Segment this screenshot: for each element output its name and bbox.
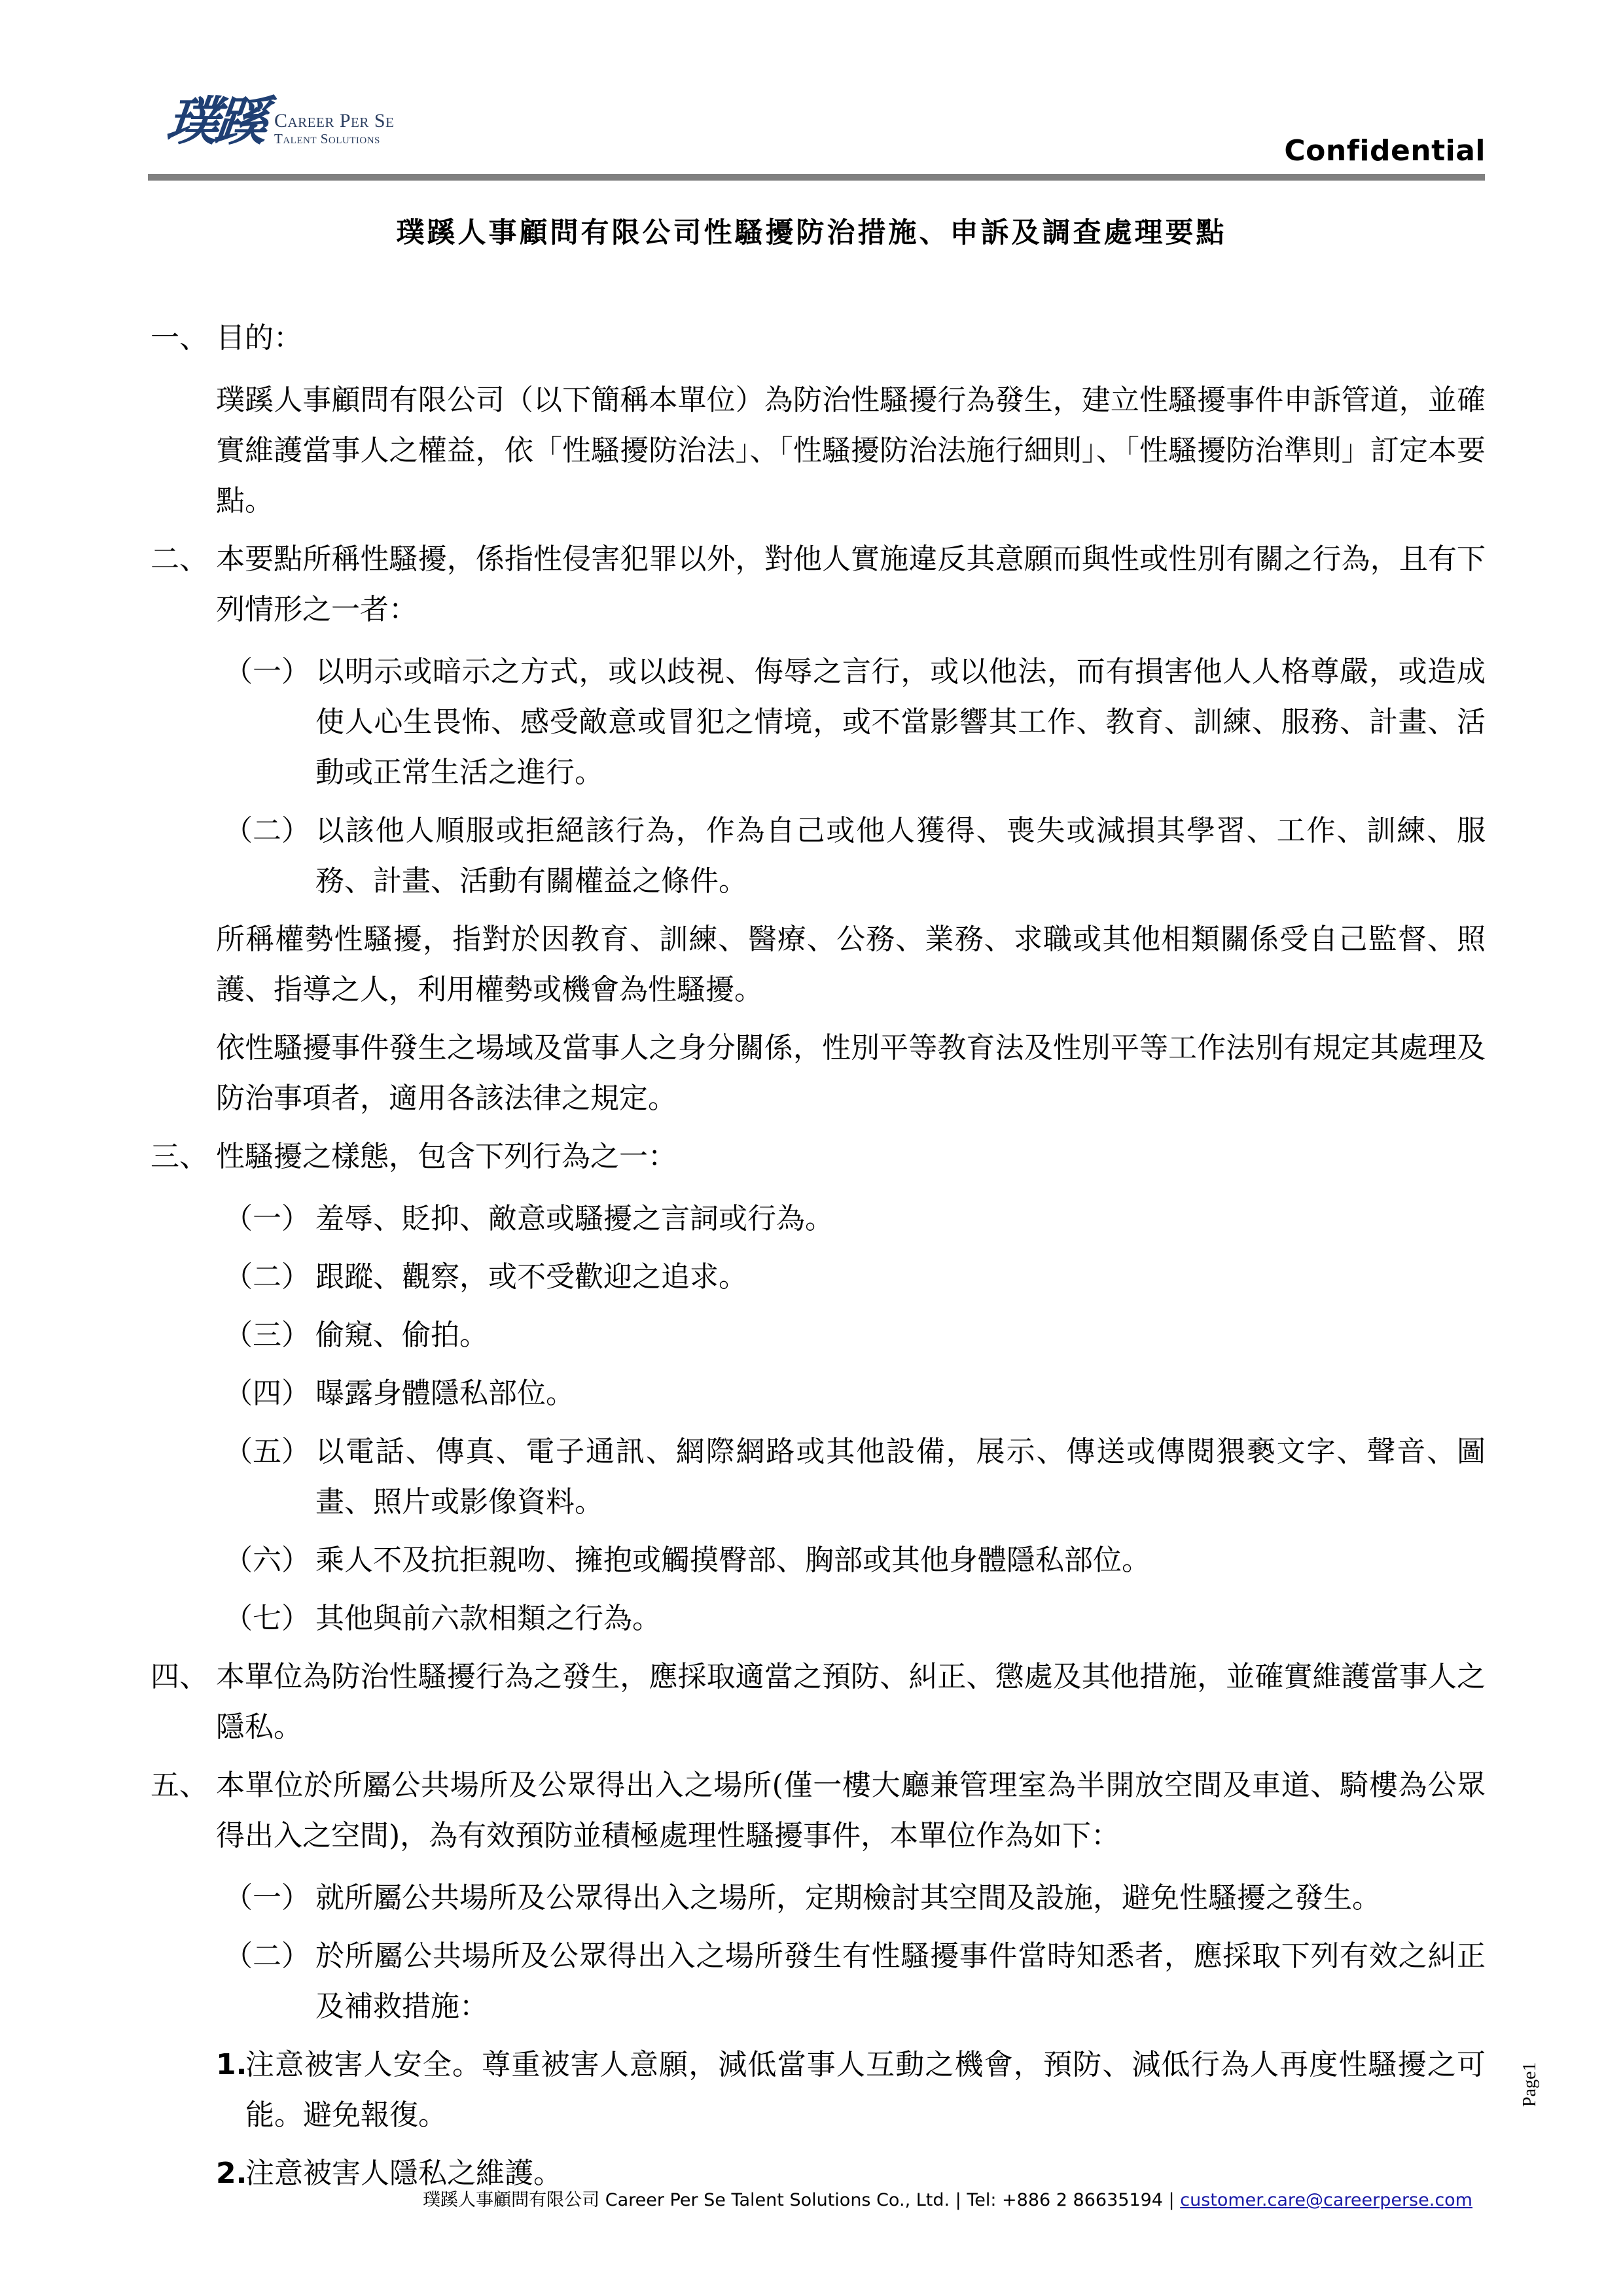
company-logo: 璞蹊 Career Per Se Talent Solutions (167, 85, 394, 157)
numbered-item-text: 注意被害人安全。尊重被害人意願，減低當事人互動之機會，預防、減低行為人再度性騷擾… (245, 2040, 1486, 2140)
section-5: 五、 本單位於所屬公共場所及公眾得出入之場所(僅一樓大廳兼管理室為半開放空間及車… (151, 1760, 1486, 2199)
page-footer: 璞蹊人事顧問有限公司 Career Per Se Talent Solution… (0, 2185, 1472, 2211)
section-4: 四、 本單位為防治性騷擾行為之發生，應採取適當之預防、糾正、懲處及其他措施，並確… (151, 1651, 1486, 1752)
section-number: 一、 (151, 313, 216, 363)
sub-item: （一） 羞辱、貶抑、敵意或騷擾之言詞或行為。 (151, 1193, 1486, 1244)
logo-wordmark: Career Per Se Talent Solutions (274, 111, 394, 146)
sub-item-number: （二） (224, 805, 315, 906)
section-number: 三、 (151, 1131, 216, 1182)
numbered-item-number: 1. (216, 2040, 245, 2140)
section-heading-text: 本單位於所屬公共場所及公眾得出入之場所(僅一樓大廳兼管理室為半開放空間及車道、騎… (216, 1760, 1486, 1861)
section-heading-text: 本要點所稱性騷擾，係指性侵害犯罪以外，對他人實施違反其意願而與性或性別有關之行為… (216, 534, 1486, 635)
section-2: 二、 本要點所稱性騷擾，係指性侵害犯罪以外，對他人實施違反其意願而與性或性別有關… (151, 534, 1486, 1123)
sub-item-number: （四） (224, 1368, 315, 1419)
header-rule (148, 174, 1485, 181)
numbered-item: 1. 注意被害人安全。尊重被害人意願，減低當事人互動之機會，預防、減低行為人再度… (151, 2040, 1486, 2140)
sub-item-number: （一） (224, 1193, 315, 1244)
sub-item-text: 於所屬公共場所及公眾得出入之場所發生有性騷擾事件當時知悉者，應採取下列有效之糾正… (315, 1931, 1486, 2032)
section-heading: 五、 本單位於所屬公共場所及公眾得出入之場所(僅一樓大廳兼管理室為半開放空間及車… (151, 1760, 1486, 1861)
sub-item-number: （七） (224, 1593, 315, 1644)
confidential-label: Confidential (1284, 134, 1486, 168)
document-title: 璞蹊人事顧問有限公司性騷擾防治措施、申訴及調查處理要點 (0, 211, 1623, 251)
section-number: 五、 (151, 1760, 216, 1861)
sub-item-number: （二） (224, 1931, 315, 2032)
document-body: 一、 目的： 璞蹊人事顧問有限公司（以下簡稱本單位）為防治性騷擾行為發生，建立性… (151, 313, 1486, 2206)
sub-item-text: 乘人不及抗拒親吻、擁抱或觸摸臀部、胸部或其他身體隱私部位。 (315, 1535, 1486, 1585)
sub-item-number: （二） (224, 1252, 315, 1302)
logo-line-1: Career Per Se (274, 111, 394, 131)
sub-item-number: （一） (224, 646, 315, 798)
page-number: Page1 (1520, 2062, 1541, 2107)
section-heading: 一、 目的： (151, 313, 1486, 363)
sub-item: （一） 以明示或暗示之方式，或以歧視、侮辱之言行，或以他法，而有損害他人人格尊嚴… (151, 646, 1486, 798)
sub-item: （四） 曝露身體隱私部位。 (151, 1368, 1486, 1419)
section-heading: 三、 性騷擾之樣態，包含下列行為之一： (151, 1131, 1486, 1182)
section-heading-text: 本單位為防治性騷擾行為之發生，應採取適當之預防、糾正、懲處及其他措施，並確實維護… (216, 1651, 1486, 1752)
sub-item-number: （五） (224, 1426, 315, 1527)
section-heading: 二、 本要點所稱性騷擾，係指性侵害犯罪以外，對他人實施違反其意願而與性或性別有關… (151, 534, 1486, 635)
footer-company-contact: 璞蹊人事顧問有限公司 Career Per Se Talent Solution… (423, 2190, 1180, 2210)
sub-item-text: 曝露身體隱私部位。 (315, 1368, 1486, 1419)
section-1: 一、 目的： 璞蹊人事顧問有限公司（以下簡稱本單位）為防治性騷擾行為發生，建立性… (151, 313, 1486, 526)
section-number: 四、 (151, 1651, 216, 1752)
sub-item-text: 羞辱、貶抑、敵意或騷擾之言詞或行為。 (315, 1193, 1486, 1244)
sub-item-text: 就所屬公共場所及公眾得出入之場所，定期檢討其空間及設施，避免性騷擾之發生。 (315, 1873, 1486, 1923)
sub-item-text: 以該他人順服或拒絕該行為，作為自己或他人獲得、喪失或減損其學習、工作、訓練、服務… (315, 805, 1486, 906)
sub-item-number: （六） (224, 1535, 315, 1585)
sub-item: （五） 以電話、傳真、電子通訊、網際網路或其他設備，展示、傳送或傳閱猥褻文字、聲… (151, 1426, 1486, 1527)
paragraph: 依性騷擾事件發生之場域及當事人之身分關係，性別平等教育法及性別平等工作法別有規定… (151, 1023, 1486, 1123)
sub-item: （三） 偷窺、偷拍。 (151, 1310, 1486, 1360)
logo-line-2: Talent Solutions (274, 132, 394, 146)
section-heading: 四、 本單位為防治性騷擾行為之發生，應採取適當之預防、糾正、懲處及其他措施，並確… (151, 1651, 1486, 1752)
sub-item-text: 以電話、傳真、電子通訊、網際網路或其他設備，展示、傳送或傳閱猥褻文字、聲音、圖畫… (315, 1426, 1486, 1527)
footer-email-link[interactable]: customer.care@careerperse.com (1180, 2190, 1472, 2210)
sub-item: （七） 其他與前六款相類之行為。 (151, 1593, 1486, 1644)
sub-item-text: 偷窺、偷拍。 (315, 1310, 1486, 1360)
section-heading-text: 性騷擾之樣態，包含下列行為之一： (216, 1131, 1486, 1182)
section-heading-text: 目的： (216, 313, 1486, 363)
sub-item: （一） 就所屬公共場所及公眾得出入之場所，定期檢討其空間及設施，避免性騷擾之發生… (151, 1873, 1486, 1923)
section-3: 三、 性騷擾之樣態，包含下列行為之一： （一） 羞辱、貶抑、敵意或騷擾之言詞或行… (151, 1131, 1486, 1644)
logo-cjk-mark: 璞蹊 (164, 95, 266, 147)
paragraph: 所稱權勢性騷擾，指對於因教育、訓練、醫療、公務、業務、求職或其他相類關係受自己監… (151, 914, 1486, 1015)
sub-item-text: 以明示或暗示之方式，或以歧視、侮辱之言行，或以他法，而有損害他人人格尊嚴，或造成… (315, 646, 1486, 798)
sub-item: （二） 跟蹤、觀察，或不受歡迎之追求。 (151, 1252, 1486, 1302)
sub-item: （二） 以該他人順服或拒絕該行為，作為自己或他人獲得、喪失或減損其學習、工作、訓… (151, 805, 1486, 906)
paragraph: 璞蹊人事顧問有限公司（以下簡稱本單位）為防治性騷擾行為發生，建立性騷擾事件申訴管… (151, 375, 1486, 526)
section-number: 二、 (151, 534, 216, 635)
sub-item-number: （一） (224, 1873, 315, 1923)
sub-item-text: 跟蹤、觀察，或不受歡迎之追求。 (315, 1252, 1486, 1302)
sub-item: （二） 於所屬公共場所及公眾得出入之場所發生有性騷擾事件當時知悉者，應採取下列有… (151, 1931, 1486, 2032)
sub-item-number: （三） (224, 1310, 315, 1360)
sub-item: （六） 乘人不及抗拒親吻、擁抱或觸摸臀部、胸部或其他身體隱私部位。 (151, 1535, 1486, 1585)
sub-item-text: 其他與前六款相類之行為。 (315, 1593, 1486, 1644)
